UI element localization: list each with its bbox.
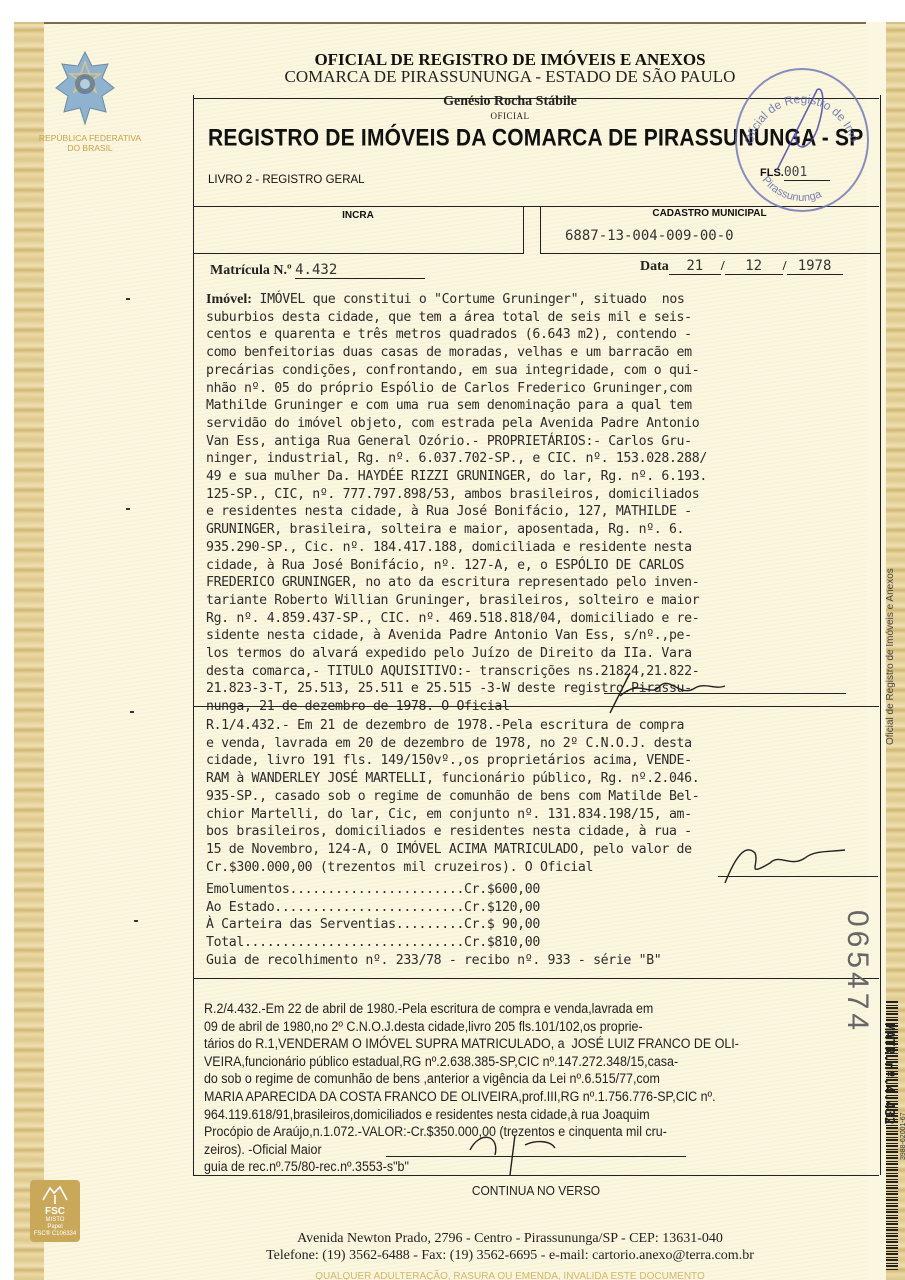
fsc-line1: MISTO bbox=[30, 1217, 80, 1224]
continua-no-verso: CONTINUA NO VERSO bbox=[220, 1183, 851, 1198]
text-line: GRUNINGER, brasileira, solteira e maior,… bbox=[206, 521, 874, 539]
form-bottom-border bbox=[193, 1175, 879, 1176]
cadastro-value: 6887-13-004-009-00-0 bbox=[565, 228, 734, 244]
margin-mark bbox=[134, 920, 138, 922]
date-year: 1978 bbox=[787, 258, 843, 275]
text-line: cidade, livro 191 fls. 149/150vº.,os pro… bbox=[206, 752, 874, 770]
text-line: tários do R.1,VENDERAM O IMÓVEL SUPRA MA… bbox=[204, 1035, 831, 1053]
property-description: Imóvel: IMÓVEL que constitui o "Cortume … bbox=[206, 291, 874, 716]
text-line: centos e quarenta e três metros quadrado… bbox=[206, 326, 874, 344]
date-day: 21 bbox=[669, 258, 721, 275]
text-line: 125-SP., CIC, nº. 777.797.898/53, ambos … bbox=[206, 486, 874, 504]
date-month: 12 bbox=[725, 258, 783, 275]
registry-stamp: Oficial de Registro de Imóveis Pirassunu… bbox=[735, 68, 869, 212]
text-line: Ao Estado.........................Cr.$12… bbox=[206, 899, 874, 917]
text-line: 21.823-3-T, 25.513, 25.511 e 25.515 -3-W… bbox=[206, 680, 874, 698]
text-line: 49 e sua mulher Da. HAYDÉE RIZZI GRUNING… bbox=[206, 468, 874, 486]
matricula-field: Matrícula N.º 4.432 bbox=[210, 262, 425, 279]
text-line: suburbios desta cidade, que tem a área t… bbox=[206, 309, 874, 327]
text-line: Mathilde Gruninger e com uma rua sem den… bbox=[206, 397, 874, 415]
fsc-code: FSC® C106334 bbox=[30, 1231, 80, 1238]
matricula-label: Matrícula N.º bbox=[210, 263, 292, 278]
text-line: Total.............................Cr.$81… bbox=[206, 934, 874, 952]
text-line: precárias condições, confrontando, em su… bbox=[206, 362, 874, 380]
fsc-line2: Papel bbox=[30, 1224, 80, 1231]
fees-table: Emolumentos.......................Cr.$60… bbox=[206, 881, 874, 970]
text-line: cidade, à Rua José Bonifácio, nº. 127-A,… bbox=[206, 557, 874, 575]
side-vertical-label: Oficial de Registro de Imóveis e Anexos bbox=[885, 568, 896, 745]
text-line: Guia de recolhimento nº. 233/78 - recibo… bbox=[206, 952, 874, 970]
date-label: Data bbox=[640, 259, 669, 274]
text-line: FREDERICO GRUNINGER, no ato da escritura… bbox=[206, 574, 874, 592]
divider bbox=[193, 706, 879, 707]
margin-mark bbox=[130, 711, 134, 713]
oficial-maior-signature bbox=[460, 1120, 570, 1180]
fsc-logo: FSC MISTO Papel FSC® C106334 bbox=[30, 1180, 80, 1242]
officer-name: Genésio Rocha Stábile bbox=[200, 94, 820, 110]
text-line: 09 de abril de 1980,no 2º C.N.O.J.desta … bbox=[204, 1018, 831, 1036]
matricula-value: 4.432 bbox=[295, 262, 425, 279]
text-line: do sob o regime de comunhão de bens ,ant… bbox=[204, 1070, 831, 1088]
text-line: RAM à WANDERLEY JOSÉ MARTELLI, funcionár… bbox=[206, 770, 874, 788]
text-line: Imóvel: IMÓVEL que constitui o "Cortume … bbox=[206, 291, 874, 309]
republic-label: REPÚBLICA FEDERATIVA DO BRASIL bbox=[30, 133, 150, 153]
incra-label: INCRA bbox=[193, 210, 523, 221]
text-line: Emolumentos.......................Cr.$60… bbox=[206, 881, 874, 899]
text-line: 935-SP., casado sob o regime de comunhão… bbox=[206, 788, 874, 806]
text-line: los termos do alvará expedido pelo Juízo… bbox=[206, 645, 874, 663]
text-line: À Carteira das Serventias.........Cr.$ 9… bbox=[206, 916, 874, 934]
svg-text:Pirassununga: Pirassununga bbox=[760, 174, 824, 204]
text-line: sidente nesta cidade, à Avenida Padre An… bbox=[206, 627, 874, 645]
text-line: nhão nº. 05 do próprio Espólio de Carlos… bbox=[206, 380, 874, 398]
date-field: Data21/12/1978 bbox=[640, 258, 843, 275]
text-line: nunga, 21 de dezembro de 1978. O Oficial bbox=[206, 698, 874, 716]
text-line: ninger, industrial, Rg. nº. 6.037.702-SP… bbox=[206, 450, 874, 468]
fsc-brand: FSC bbox=[30, 1206, 80, 1217]
matricula-side-label: MATR.nº.4.432 bbox=[881, 1023, 896, 1125]
text-line: R.1/4.432.- Em 21 de dezembro de 1978.-P… bbox=[206, 717, 874, 735]
fsc-tree-icon bbox=[40, 1185, 70, 1205]
margin-mark bbox=[126, 298, 130, 300]
adulteration-warning: QUALQUER ADULTERAÇÃO, RASURA OU EMENDA, … bbox=[200, 1271, 820, 1280]
left-guilloche-border bbox=[14, 22, 44, 1280]
book-label: LIVRO 2 - REGISTRO GERAL bbox=[208, 174, 365, 186]
registry-address: Avenida Newton Prado, 2796 - Centro - Pi… bbox=[200, 1231, 820, 1247]
text-line: chior Martelli, do lar, Cic, em conjunto… bbox=[206, 806, 874, 824]
coat-of-arms-icon bbox=[52, 48, 118, 128]
text-line: como benfeitorias duas casas de moradas,… bbox=[206, 344, 874, 362]
text-line: R.2/4.432.-Em 22 de abril de 1980.-Pela … bbox=[204, 1000, 831, 1018]
officer-title: OFICIAL bbox=[200, 111, 820, 121]
divider bbox=[193, 978, 879, 979]
text-line: MARIA APARECIDA DA COSTA FRANCO DE OLIVE… bbox=[204, 1088, 831, 1106]
text-line: VEIRA,funcionário público estadual,RG nº… bbox=[204, 1053, 831, 1071]
text-line: e residentes nesta cidade, à Rua José Bo… bbox=[206, 503, 874, 521]
field-label: Imóvel: bbox=[206, 292, 252, 307]
barcode-number: 3988-62001-67 bbox=[900, 1113, 905, 1161]
text-line: desta comarca,- TITULO AQUISITIVO:- tran… bbox=[206, 663, 874, 681]
text-line: 935.290-SP., Cic. nº. 184.417.188, domic… bbox=[206, 539, 874, 557]
text-line: Van Ess, antiga Rua General Ozório.- PRO… bbox=[206, 433, 874, 451]
text-line: tariante Roberto Willian Gruninger, bras… bbox=[206, 592, 874, 610]
margin-mark bbox=[126, 508, 130, 510]
security-serial: 065474 bbox=[840, 910, 874, 1034]
jurisdiction-heading: COMARCA DE PIRASSUNUNGA - ESTADO DE SÃO … bbox=[200, 67, 820, 87]
registry-contact: Telefone: (19) 3562-6488 - Fax: (19) 356… bbox=[200, 1248, 820, 1264]
svg-text:Oficial de Registro de Imóveis: Oficial de Registro de Imóveis bbox=[737, 70, 862, 146]
text-line: e venda, lavrada em 20 de dezembro de 19… bbox=[206, 735, 874, 753]
official-signature-1 bbox=[600, 668, 730, 718]
text-line: Rg. nº. 4.859.437-SP., CIC. nº. 469.518.… bbox=[206, 610, 874, 628]
text-line: servidão do imóvel objeto, com estrada p… bbox=[206, 415, 874, 433]
